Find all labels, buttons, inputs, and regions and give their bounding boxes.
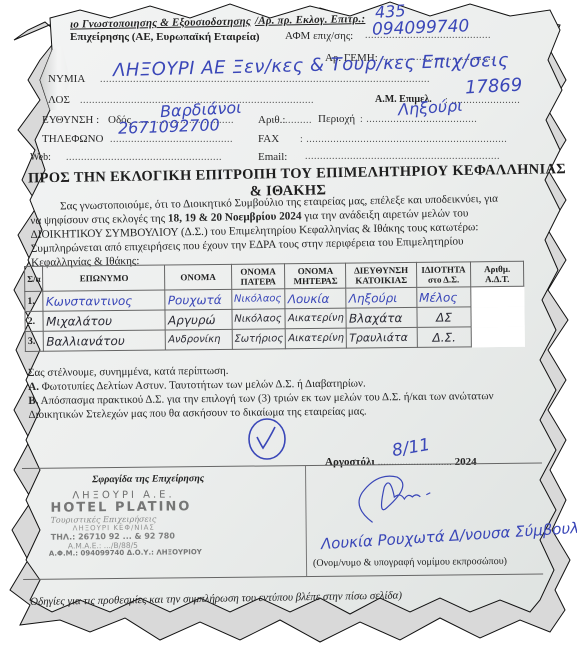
signature-caption-text: (Ονομ/νυμο & υπογραφή νομίμου εκπροσώπου… [313, 556, 507, 569]
col-address: ΔΙΕΥΘΥΝΣΗ ΚΑΤΟΙΚΙΑΣ [346, 262, 417, 288]
name-label: ΝΥΜΙΑ [48, 73, 85, 85]
stamp-label: Σφραγίδα της Επιχείρησης [92, 473, 204, 485]
am-value[interactable]: 17869 [464, 75, 522, 99]
col-father: ΟΝΟΜΑ ΠΑΤΕΡΑ [231, 264, 285, 290]
cell-surname[interactable]: Βαλλιανάτου [44, 330, 166, 351]
document: ιο Γνωστοποιησης & Εξουσιοδοτησης /Αρ. π… [0, 0, 577, 653]
col-name: ΟΝΟΜΑ [165, 264, 231, 290]
cell-id-redacted [471, 326, 524, 347]
cell-mother[interactable]: Αικατερίνη [286, 328, 347, 349]
cell-name[interactable]: Αργυρώ [165, 309, 231, 330]
email-label: Email: [258, 151, 287, 163]
afm-label: ΑΦΜ επιχ/σης: [285, 30, 353, 42]
signature-scribble-icon [342, 466, 453, 527]
number-dots: ......... [285, 115, 315, 126]
cell-address[interactable]: Βλαχάτα [346, 307, 417, 328]
cell-name[interactable]: Ανδρονίκη [166, 329, 232, 350]
cell-id-redacted [471, 306, 524, 327]
cell-name[interactable]: Ρουχωτά [165, 289, 231, 310]
intro-paragraph: Σας γνωστοποιούμε, ότι το Διοικητικό Συμ… [30, 191, 551, 270]
col-number: Σ/α [25, 266, 44, 291]
row-number: 1. [25, 291, 44, 311]
web-dots: ........................................… [66, 152, 256, 163]
protocol-label: /Αρ. πρ. Εκλογ. Επιτρ.: [255, 13, 366, 27]
email-dots: ........................................… [305, 151, 540, 162]
cell-address[interactable]: Τραυλιάτα [347, 327, 418, 348]
signature-caption: (Ονομ/νυμο & υπογραφή νομίμου εκπροσώπου… [313, 556, 507, 569]
stamp-line2: HOTEL PLATINO [50, 499, 191, 515]
fax-label: FAX [258, 133, 279, 145]
cell-role[interactable]: Μέλος [416, 287, 471, 308]
attachment-b-label: Β. [28, 395, 38, 407]
address-label: ΕΥΘΥΝΣΗ : [42, 114, 99, 126]
afm-value[interactable]: 094099740 [372, 16, 470, 39]
phone-value[interactable]: 2671092700 [118, 115, 220, 138]
cell-surname[interactable]: Κωνσταντινος [43, 290, 165, 311]
cell-father[interactable]: Νικόλαος [231, 289, 285, 310]
title-label: ΛΟΣ [48, 94, 70, 106]
web-label: Web: [30, 152, 51, 163]
cell-role[interactable]: Δ.Σ. [417, 327, 472, 348]
row-number: 3. [25, 331, 44, 351]
area-label: Περιοχή [318, 113, 355, 125]
phone-label: ΤΗΛΕΦΩΝΟ [42, 133, 103, 145]
intro-text: να ψηφίσουν στις εκλογές της [30, 213, 168, 227]
cell-role[interactable]: ΔΣ [417, 307, 472, 328]
stamp-line7: Α.Φ.Μ.: 094099740 Δ.Ο.Υ.: ΛΗΞΟΥΡΙΟΥ [49, 548, 202, 558]
cell-address[interactable]: Ληξούρι [346, 287, 417, 308]
col-id: Αριθμ. Α.Δ.Τ. [471, 261, 524, 287]
cell-father[interactable]: Νικόλαος [232, 309, 286, 330]
row-number: 2. [25, 311, 44, 331]
attachments: Σας στέλνουμε, συνημμένα, κατά περίπτωση… [28, 361, 549, 422]
cell-father[interactable]: Σωτήριος [232, 329, 286, 350]
signature-box: Σφραγίδα της Επιχείρησης ΛΗΞΟΥΡΙ Α.Ε. HO… [22, 463, 543, 580]
col-surname: ΕΠΩΝΥΜΟ [43, 265, 165, 291]
cell-id-redacted [471, 286, 524, 307]
table-row: 3. Βαλλιανάτου Ανδρονίκη Σωτήριος Αικατε… [25, 326, 524, 351]
fax-dots: : ......................................… [300, 134, 540, 145]
number-label: Αριθ.: [258, 114, 285, 126]
checkmark-circle-icon [243, 415, 291, 463]
cell-mother[interactable]: Αικατερίνη [285, 308, 346, 329]
election-dates: 18, 19 & 20 Νοεμβρίου 2024 [168, 210, 302, 224]
footer-note: Οδηγίες για τις προθεσμίες και την συμπλ… [30, 590, 402, 608]
signature-divider [305, 466, 307, 576]
col-role: ΙΔΙΟΤΗΤΑ στο Δ.Σ. [416, 262, 471, 288]
attachment-a-label: Α. [28, 381, 39, 393]
col-mother: ΟΝΟΜΑ ΜΗΤΕΡΑΣ [285, 263, 346, 289]
form-title: ιο Γνωστοποιησης & Εξουσιοδοτησης [70, 15, 251, 30]
members-table: Σ/α ΕΠΩΝΥΜΟ ΟΝΟΜΑ ΟΝΟΜΑ ΠΑΤΕΡΑ ΟΝΟΜΑ ΜΗΤ… [24, 261, 525, 352]
cell-surname[interactable]: Μιχαλάτου [43, 310, 165, 331]
company-type: Επιχείρησης (ΑΕ, Ευρωπαϊκή Εταιρεία) [70, 31, 260, 43]
cell-mother[interactable]: Λουκία [285, 288, 346, 309]
